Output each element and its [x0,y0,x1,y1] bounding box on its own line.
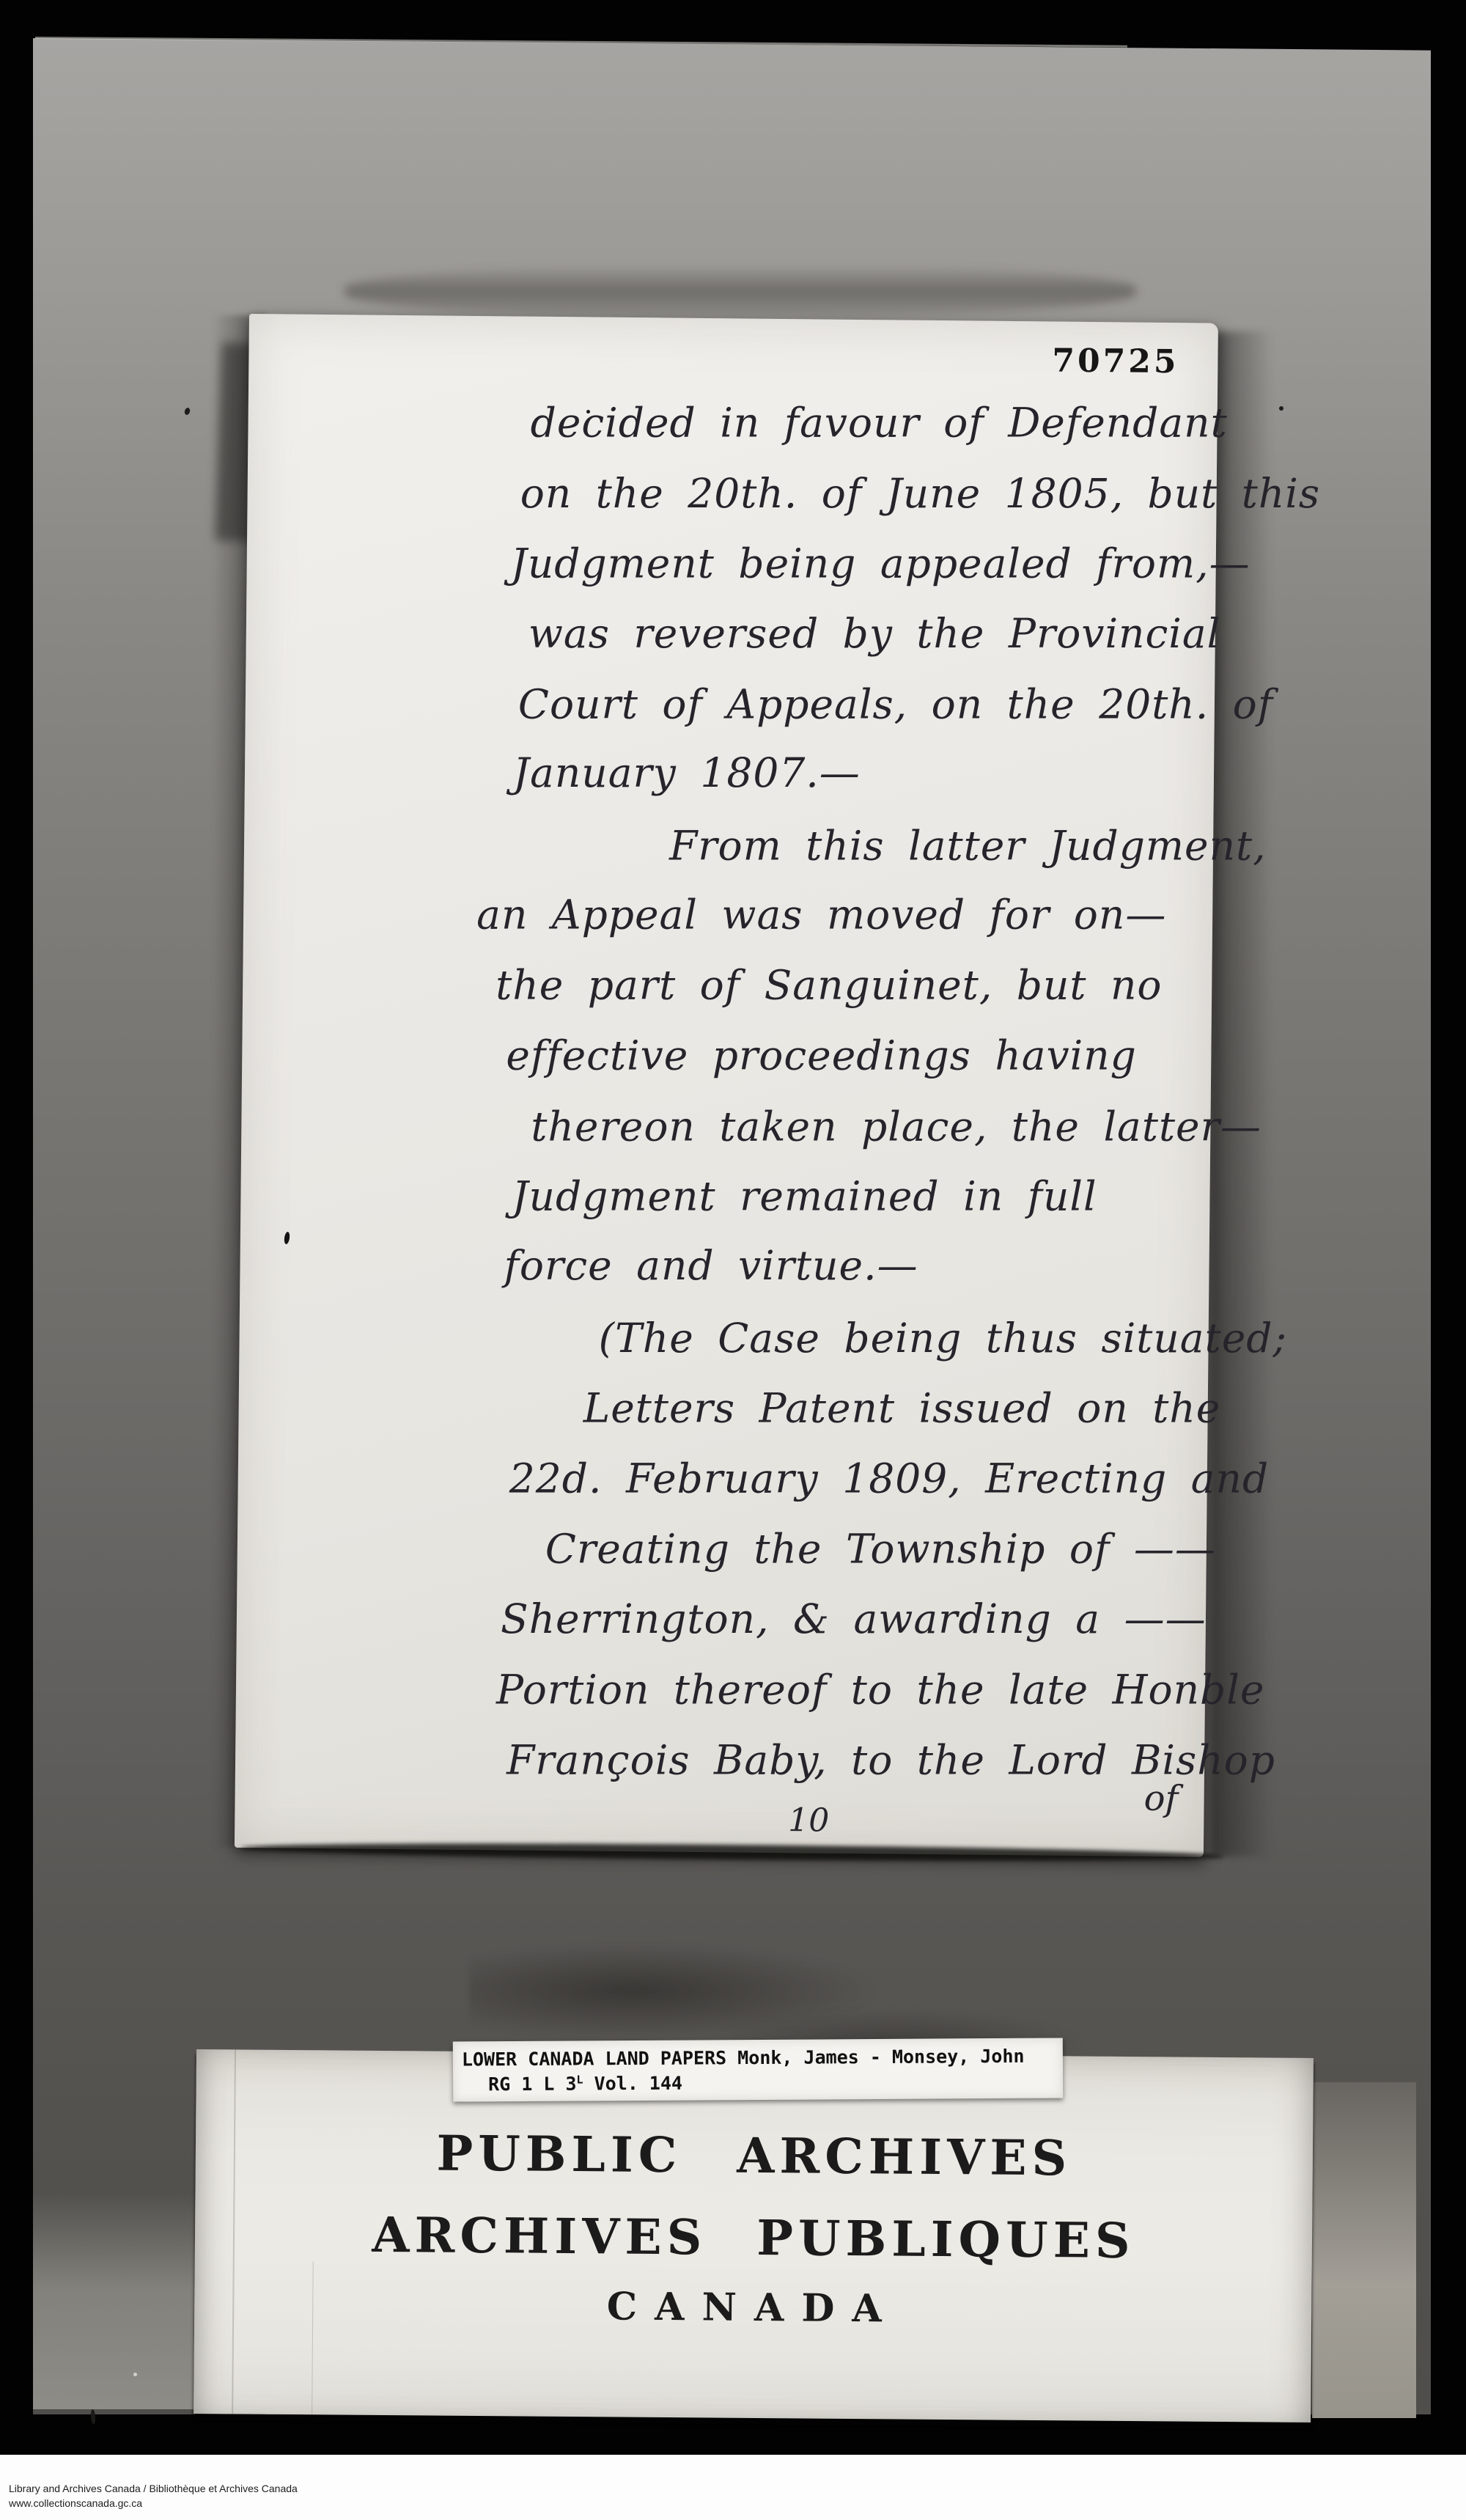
manuscript-line: 22d. February 1809, Erecting and [509,1455,1269,1502]
manuscript-line: force and virtue.— [504,1242,918,1289]
manuscript-line: the part of Sanguinet, but no [496,962,1162,1009]
manuscript-line: Sherrington, & awarding a —— [501,1595,1207,1642]
catalog-label: LOWER CANADA LAND PAPERS Monk, James - M… [453,2038,1063,2101]
manuscript-line: on the 20th. of June 1805, but this [520,470,1320,517]
manuscript-line: Portion thereof to the late Honble [496,1666,1264,1713]
card-title-fr: ARCHIVES PUBLIQUES [195,2205,1313,2271]
manuscript-line: thereon taken place, the latter— [531,1103,1261,1150]
footer-credit-line: Library and Archives Canada / Bibliothèq… [9,2483,298,2494]
card-title-en: PUBLIC ARCHIVES [196,2123,1314,2189]
manuscript-line: Judgment remained in full [512,1172,1097,1219]
dust-speck [1279,406,1283,411]
backdrop-shade-band [345,265,1136,317]
folio-number-stamp: 70725 [1052,342,1179,381]
manuscript-line: François Baby, to the Lord Bishop [507,1736,1275,1783]
manuscript-line: was reversed by the Provincial [528,610,1220,657]
manuscript-line: (The Case being thus situated; [599,1315,1287,1362]
footer-url: www.collectionscanada.gc.ca [9,2497,142,2509]
manuscript-line: Letters Patent issued on the [583,1385,1221,1432]
manuscript-page: 70725 decided in favour of Defendant on … [235,314,1218,1857]
manuscript-line: January 1807.— [513,749,861,796]
manuscript-line: decided in favour of Defendant [531,399,1228,446]
backdrop-column-left [33,2192,196,2409]
page-number-handwritten: 10 [788,1801,829,1840]
archives-card: PUBLIC ARCHIVES ARCHIVES PUBLIQUES CANAD… [194,2049,1314,2422]
backdrop-column-right [1312,2082,1416,2418]
manuscript-line: Creating the Township of —— [545,1525,1216,1572]
label-collection-title: LOWER CANADA LAND PAPERS Monk, James - M… [462,2046,1025,2071]
catchword: of [1143,1778,1178,1819]
label-reference: RG 1 L 3L Vol. 144 [488,2073,682,2095]
dust-speck [586,410,590,414]
card-title-country: CANADA [194,2281,1311,2335]
label-reference-prefix: RG 1 L 3 [488,2073,577,2095]
label-reference-sup: L [576,2073,583,2086]
manuscript-line: effective proceedings having [506,1032,1137,1079]
label-reference-volume: Vol. 144 [583,2073,682,2095]
scan-stage: 70725 decided in favour of Defendant on … [0,0,1466,2520]
manuscript-line: Judgment being appealed from,— [511,540,1250,587]
footer-strip: Library and Archives Canada / Bibliothèq… [0,2455,1466,2520]
manuscript-line: Court of Appeals, on the 20th. of [518,680,1273,727]
manuscript-line: an Appeal was moved for on— [476,892,1166,938]
manuscript-line: From this latter Judgment, [669,822,1267,869]
dust-speck [133,2373,137,2376]
